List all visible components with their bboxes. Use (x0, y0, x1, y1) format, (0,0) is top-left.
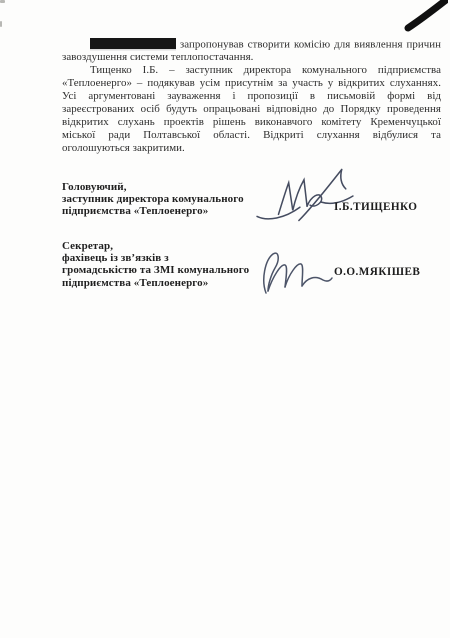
body-text: запропонував створити комісію для виявле… (62, 38, 441, 155)
body-line: завоздушення системи теплопостачання. (62, 51, 441, 64)
signatory-name-miakishev: О.О.МЯКІШЕВ (334, 266, 420, 278)
body-line: міської ради Полтавської області. Відкри… (62, 129, 441, 142)
signatory-role-secretary: Секретар, фахівець із зв’язків з громадс… (62, 240, 287, 289)
signatory-name-tyshchenko: І.Б.ТИЩЕНКО (334, 201, 417, 213)
body-line: Усі аргументовані зауваження і пропозиці… (62, 90, 441, 103)
role-line: підприємства «Теплоенерго» (62, 277, 287, 289)
role-line: Секретар, (62, 240, 287, 252)
body-line: Тищенко І.Б. – заступник директора комун… (62, 64, 441, 77)
body-line: оголошуються закритими. (62, 142, 441, 155)
document-page: запропонував створити комісію для виявле… (0, 0, 450, 638)
signature-miakishev (259, 248, 335, 297)
role-line: громадськістю та ЗМІ комунального (62, 264, 287, 276)
body-line: відкритих слухань проектів рішень викона… (62, 116, 441, 129)
scan-speck (0, 0, 5, 3)
signature-tyshchenko (254, 167, 356, 223)
body-line: запропонував створити комісію для виявле… (62, 38, 441, 51)
pen-mark-icon (396, 0, 448, 33)
scan-speck (0, 21, 2, 27)
redaction-bar (90, 38, 176, 49)
body-line: зареєстрованих осіб будуть опрацьовані в… (62, 103, 441, 116)
role-line: фахівець із зв’язків з (62, 252, 287, 264)
body-line-text: запропонував створити комісію для виявле… (180, 39, 441, 51)
body-line: «Теплоенерго» – подякував усім присутнім… (62, 77, 441, 90)
